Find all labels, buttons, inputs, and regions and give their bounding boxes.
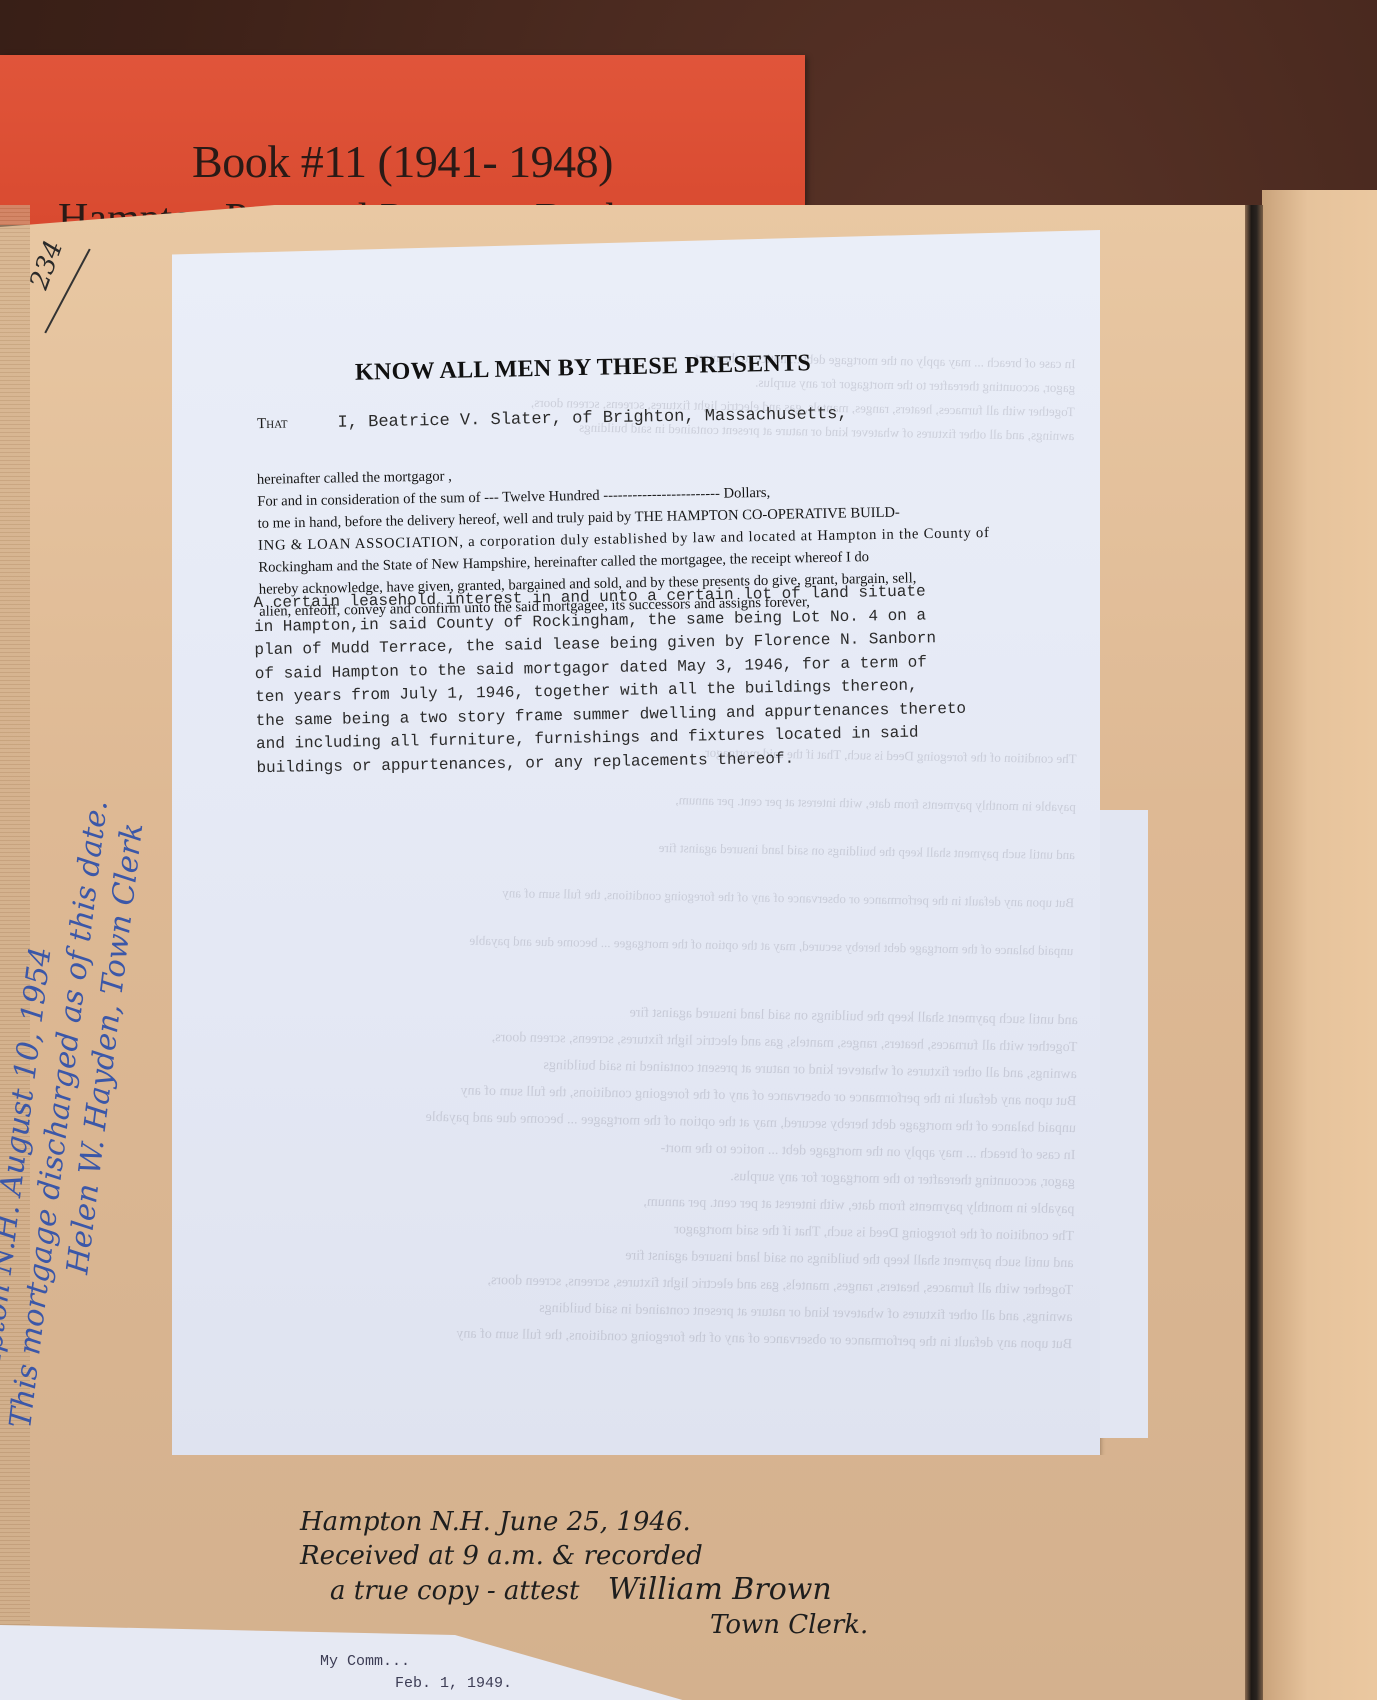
paper-lower-extension — [1100, 810, 1148, 1438]
that-label: That — [257, 416, 288, 433]
slip-date: Feb. 1, 1949. — [395, 1675, 512, 1692]
book-title: Book #11 (1941- 1948) — [0, 135, 805, 188]
slip-text: My Comm... — [320, 1653, 410, 1670]
recording-note: Hampton N.H. June 25, 1946. Received at … — [300, 1505, 868, 1642]
clerk-signature: William Brown — [608, 1572, 832, 1607]
recording-line: a true copy - attest William Brown — [300, 1573, 868, 1608]
property-description: A certain leasehold interest in and unto… — [253, 578, 1076, 780]
right-page — [1262, 190, 1377, 1700]
book-binding — [1245, 205, 1263, 1700]
recording-line: Received at 9 a.m. & recorded — [300, 1539, 868, 1573]
recording-line: Hampton N.H. June 25, 1946. — [300, 1505, 868, 1539]
bleed-through-text-mid: and until such payment shall keep the bu… — [252, 993, 1078, 1358]
red-book-cover: Book #11 (1941- 1948) Hampton Personal P… — [0, 55, 805, 225]
clerk-title: Town Clerk. — [300, 1608, 868, 1642]
